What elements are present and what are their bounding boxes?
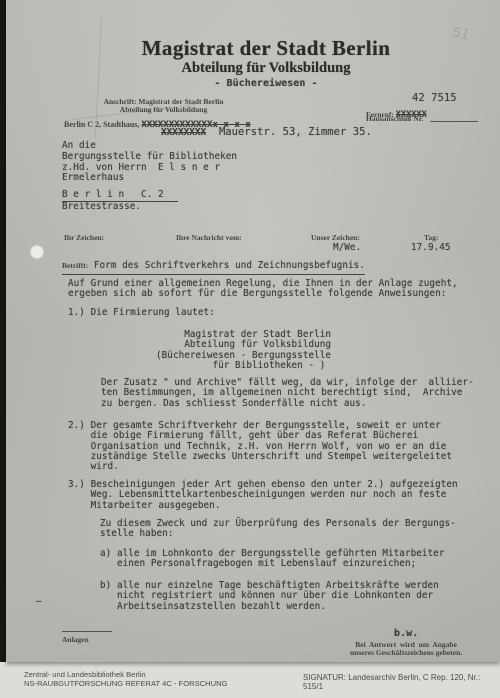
archive-signature: SIGNATUR: Landesarchiv Berlin, C Rep. 12… <box>303 673 500 691</box>
margin-dash: — <box>36 597 42 607</box>
anlagen-label: Anlagen <box>62 636 89 644</box>
letterhead-title: Magistrat der Stadt Berlin <box>101 36 431 61</box>
body-item-a: a) alle im Lohnkonto der Bergungsstelle … <box>100 549 444 570</box>
archive-department: NS-RAUBGUTFORSCHUNG REFERAT 4C - FORSCHU… <box>24 680 228 689</box>
body-item-b: b) alle nur einzelne Tage beschäftigten … <box>100 581 439 612</box>
unser-zeichen-value: M/We. <box>333 243 361 253</box>
archive-strip-left: Zentral- und Landesbibliothek Berlin NS-… <box>24 671 228 688</box>
recipient-block: An die Bergungsstelle für Bibliotheken z… <box>62 141 237 184</box>
subject-text: Form des Schriftverkehrs und Zeichnungsb… <box>94 260 365 271</box>
body-item1-head: 1.) Die Firmierung lautet: <box>68 308 215 318</box>
recipient-street: Breitestrasse. <box>62 202 141 212</box>
body-item2: 2.) Der gesamte Schriftverkehr der Bergu… <box>68 421 452 472</box>
punch-hole <box>30 245 44 259</box>
letterhead-address-line2: Abteilung für Volksbildung <box>66 106 261 114</box>
ihr-zeichen-label: Ihr Zeichen: <box>64 234 104 242</box>
bw-note: b.w. <box>394 629 418 639</box>
letterhead-subtitle: Abteilung für Volksbildung <box>101 60 431 77</box>
address-overtype-x: XXXXXXXX <box>161 127 206 138</box>
reply-note: Bei Antwort wird um Angabe unseres Gesch… <box>350 641 462 657</box>
letterhead-division: - Büchereiwesen - <box>101 79 431 89</box>
anlagen-rule <box>62 625 112 632</box>
unser-zeichen-label: Unser Zeichen: <box>311 234 360 242</box>
subject-label: Betrifft: <box>62 261 88 270</box>
body-intro: Auf Grund einer allgemeinen Regelung, di… <box>68 279 458 300</box>
subject-line: Betrifft: Form des Schriftverkehrs und Z… <box>62 255 365 275</box>
letterhead-address-prefix: Berlin C 2, Stadthaus, <box>64 120 141 129</box>
phone-number-new: 42 7515 <box>412 93 457 103</box>
letterhead-new-address-row: XXXXXXXX Mauerstr. 53, Zimmer 35. <box>161 122 372 140</box>
nachricht-label: Ihre Nachricht vom: <box>176 234 242 242</box>
tag-label: Tag: <box>424 234 438 242</box>
body-zweck: Zu diesem Zweck und zur Überprüfung des … <box>100 519 456 540</box>
handwritten-page-number: 51 <box>451 25 471 43</box>
body-item1-note: Der Zusatz " und Archive" fällt weg, da … <box>101 378 474 409</box>
tag-value: 17.9.45 <box>411 243 451 253</box>
scanned-letter-page: 51 Magistrat der Stadt Berlin Abteilung … <box>0 0 500 698</box>
body-item3: 3.) Bescheinigungen jeder Art gehen eben… <box>68 480 458 511</box>
letterhead-new-address: Mauerstr. 53, Zimmer 35. <box>219 126 372 138</box>
body-item1-block: Magistrat der Stadt Berlin Abteilung für… <box>156 330 331 371</box>
paper-sheet: 51 Magistrat der Stadt Berlin Abteilung … <box>6 0 500 662</box>
hausanschluss-label: Hausanschluß Nr. <box>366 115 423 123</box>
hausanschluss-rule <box>430 115 478 122</box>
